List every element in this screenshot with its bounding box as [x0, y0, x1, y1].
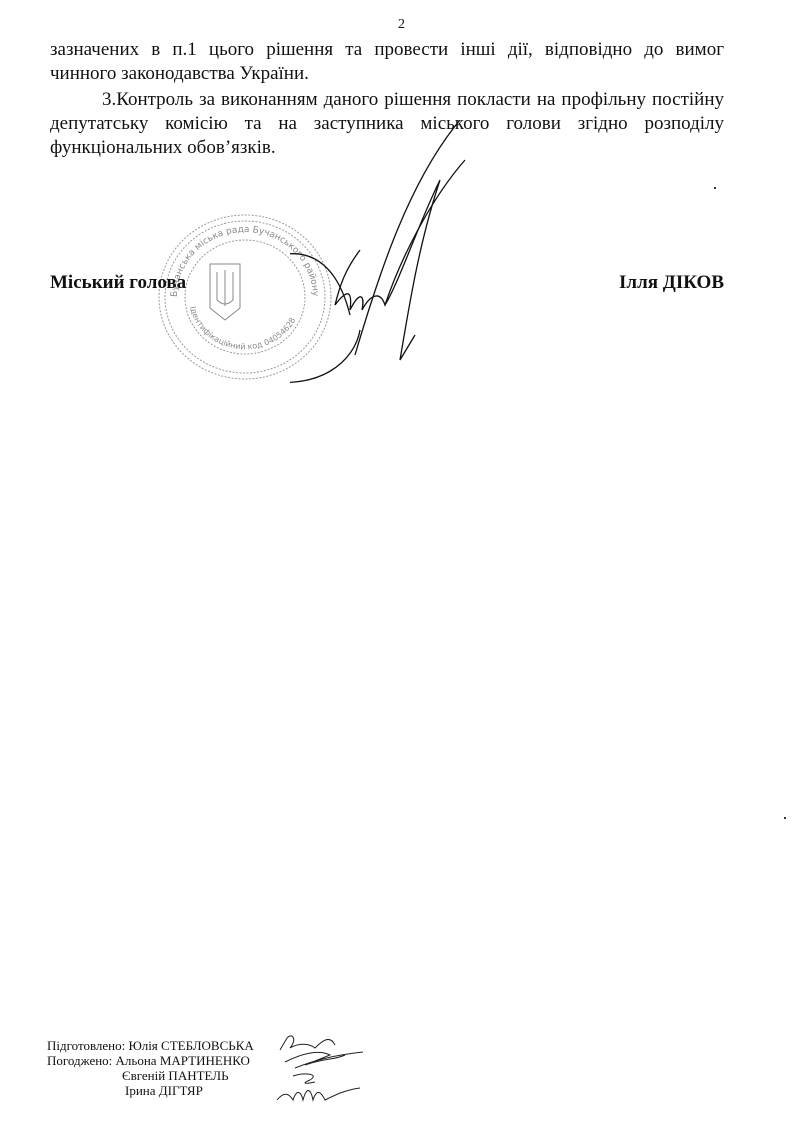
agreed-name-3: Ірина ДІГТЯР: [47, 1083, 254, 1098]
agreed-name-2: Євгеній ПАНТЕЛЬ: [47, 1068, 254, 1083]
approval-footer: Підготовлено: Юлія СТЕБЛОВСЬКА Погоджено…: [47, 1038, 254, 1098]
paragraph-1: зазначених в п.1 цього рішення та провес…: [50, 38, 724, 86]
prepared-by-row: Підготовлено: Юлія СТЕБЛОВСЬКА: [47, 1038, 254, 1053]
agreed-name-1: Альона МАРТИНЕНКО: [116, 1053, 250, 1068]
paragraph-1-line-2: чинного законодавства України.: [50, 63, 309, 84]
scan-speck: [714, 187, 716, 189]
approval-initials: [275, 1030, 365, 1110]
page-number: 2: [398, 17, 405, 33]
signatory-name: Ілля ДІКОВ: [619, 272, 724, 294]
scan-speck: [784, 817, 786, 819]
mayor-signature: [290, 120, 470, 390]
prepared-name: Юлія СТЕБЛОВСЬКА: [129, 1038, 254, 1053]
svg-text:Ідентифікаційний код 04054628: Ідентифікаційний код 04054628: [188, 305, 297, 351]
trident-emblem-icon: [210, 264, 240, 320]
signatory-position: Міський голова: [50, 272, 186, 294]
prepared-label: Підготовлено:: [47, 1038, 125, 1053]
paragraph-1-line-1: зазначених в п.1 цього рішення та провес…: [50, 38, 724, 62]
agreed-by-row: Погоджено: Альона МАРТИНЕНКО: [47, 1053, 254, 1068]
stamp-code-text: Ідентифікаційний код 04054628: [188, 305, 297, 351]
agreed-label: Погоджено:: [47, 1053, 112, 1068]
